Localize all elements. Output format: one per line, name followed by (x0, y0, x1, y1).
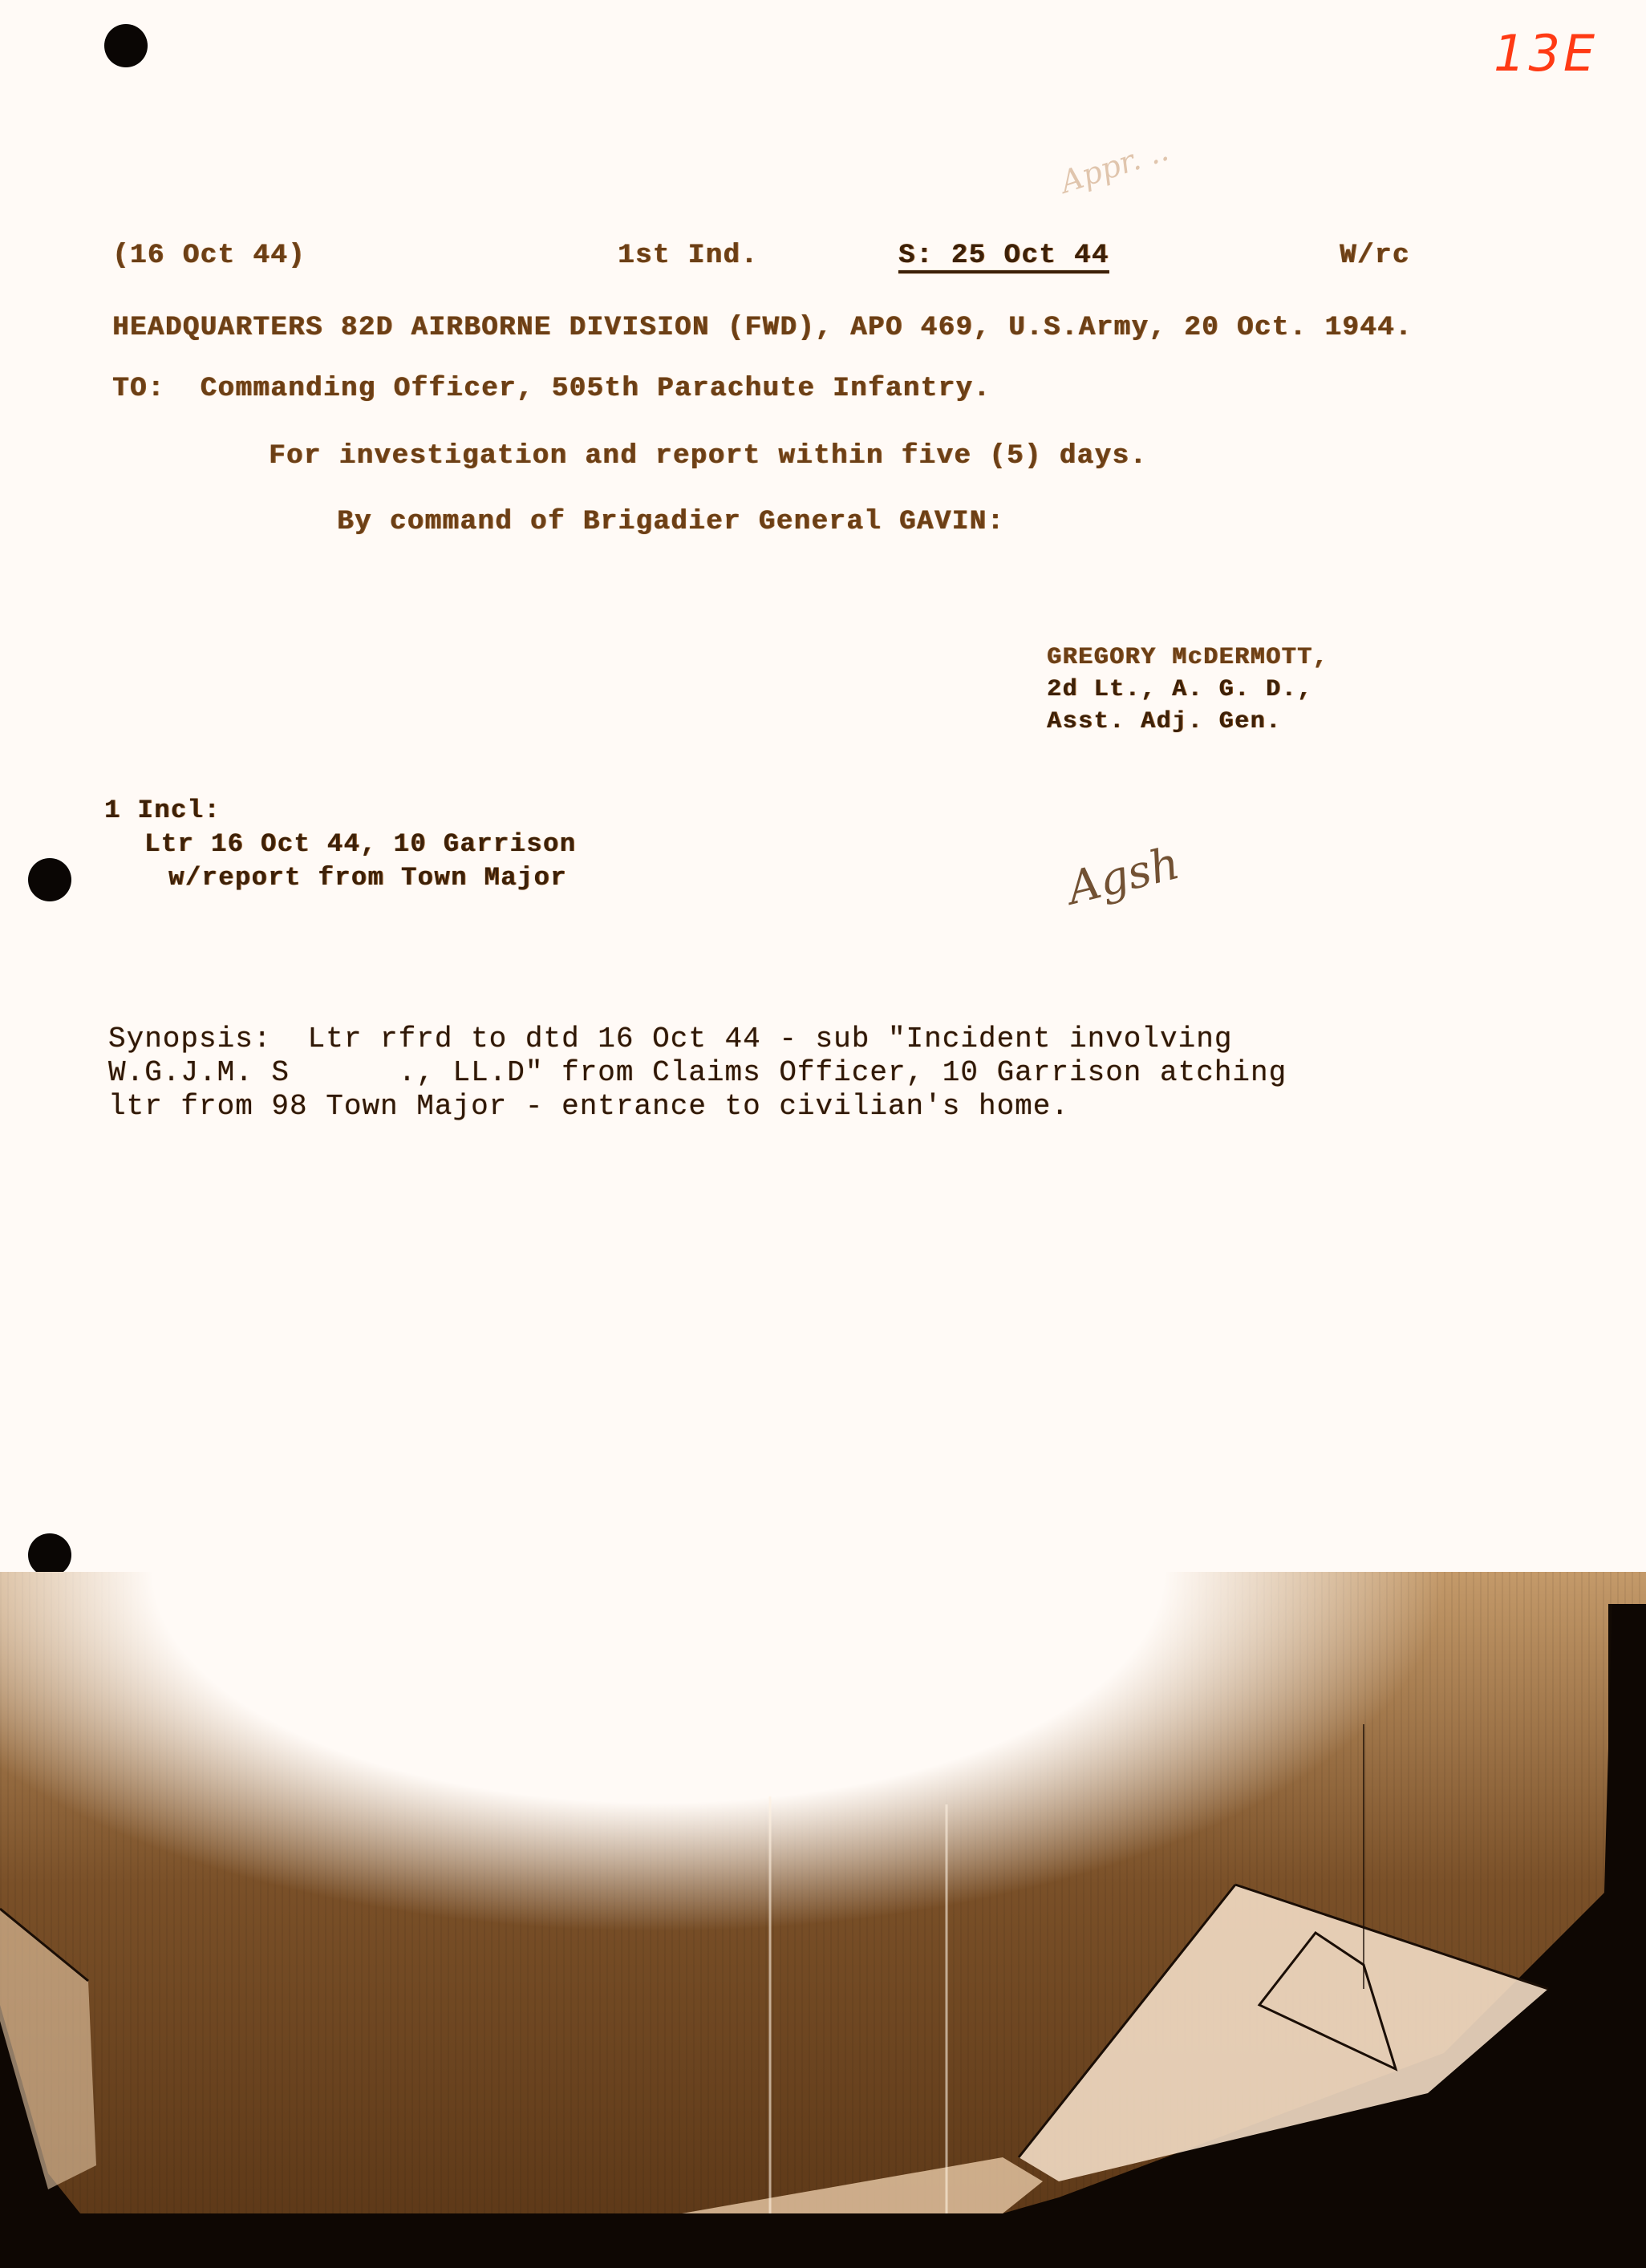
pencil-note: Appr. .. (1056, 132, 1173, 200)
enclosure-line: w/report from Town Major (104, 861, 576, 895)
synopsis-block: Synopsis: Ltr rfrd to dtd 16 Oct 44 - su… (108, 1023, 1287, 1124)
punch-hole (28, 858, 71, 901)
punch-hole (104, 24, 148, 67)
headquarters-line: HEADQUARTERS 82D AIRBORNE DIVISION (FWD)… (112, 313, 1413, 343)
signer-rank: 2d Lt., A. G. D., (1047, 674, 1328, 706)
synopsis-line: Synopsis: Ltr rfrd to dtd 16 Oct 44 - su… (108, 1023, 1287, 1056)
handwritten-initials: Agsh (1062, 837, 1185, 915)
addressee-line: TO: Commanding Officer, 505th Parachute … (112, 374, 991, 404)
page-number-annotation: 13E (1494, 24, 1598, 83)
punch-hole (28, 1533, 71, 1577)
typist-initials: W/rc (1340, 241, 1410, 271)
signature-block: GREGORY McDERMOTT, 2d Lt., A. G. D., Ass… (1047, 642, 1328, 738)
signer-name: GREGORY McDERMOTT, (1047, 642, 1328, 674)
indorsement-number: 1st Ind. (618, 241, 758, 271)
reference-date: (16 Oct 44) (112, 241, 306, 271)
enclosure-line: Ltr 16 Oct 44, 10 Garrison (104, 828, 576, 861)
authority-line: By command of Brigadier General GAVIN: (337, 507, 1004, 537)
document-page: 13E Appr. .. (16 Oct 44) 1st Ind. S: 25 … (0, 0, 1646, 2268)
scanner-shadow (0, 1572, 1646, 2268)
enclosure-heading: 1 Incl: (104, 794, 576, 828)
enclosure-block: 1 Incl: Ltr 16 Oct 44, 10 Garrison w/rep… (104, 794, 576, 895)
instruction-line: For investigation and report within five… (269, 441, 1147, 472)
scanner-edge (1608, 1604, 1646, 2268)
signer-title: Asst. Adj. Gen. (1047, 706, 1328, 738)
suspense-date: S: 25 Oct 44 (898, 241, 1109, 271)
synopsis-line: ltr from 98 Town Major - entrance to civ… (108, 1090, 1287, 1124)
synopsis-line: W.G.J.M. S ., LL.D" from Claims Officer,… (108, 1056, 1287, 1090)
